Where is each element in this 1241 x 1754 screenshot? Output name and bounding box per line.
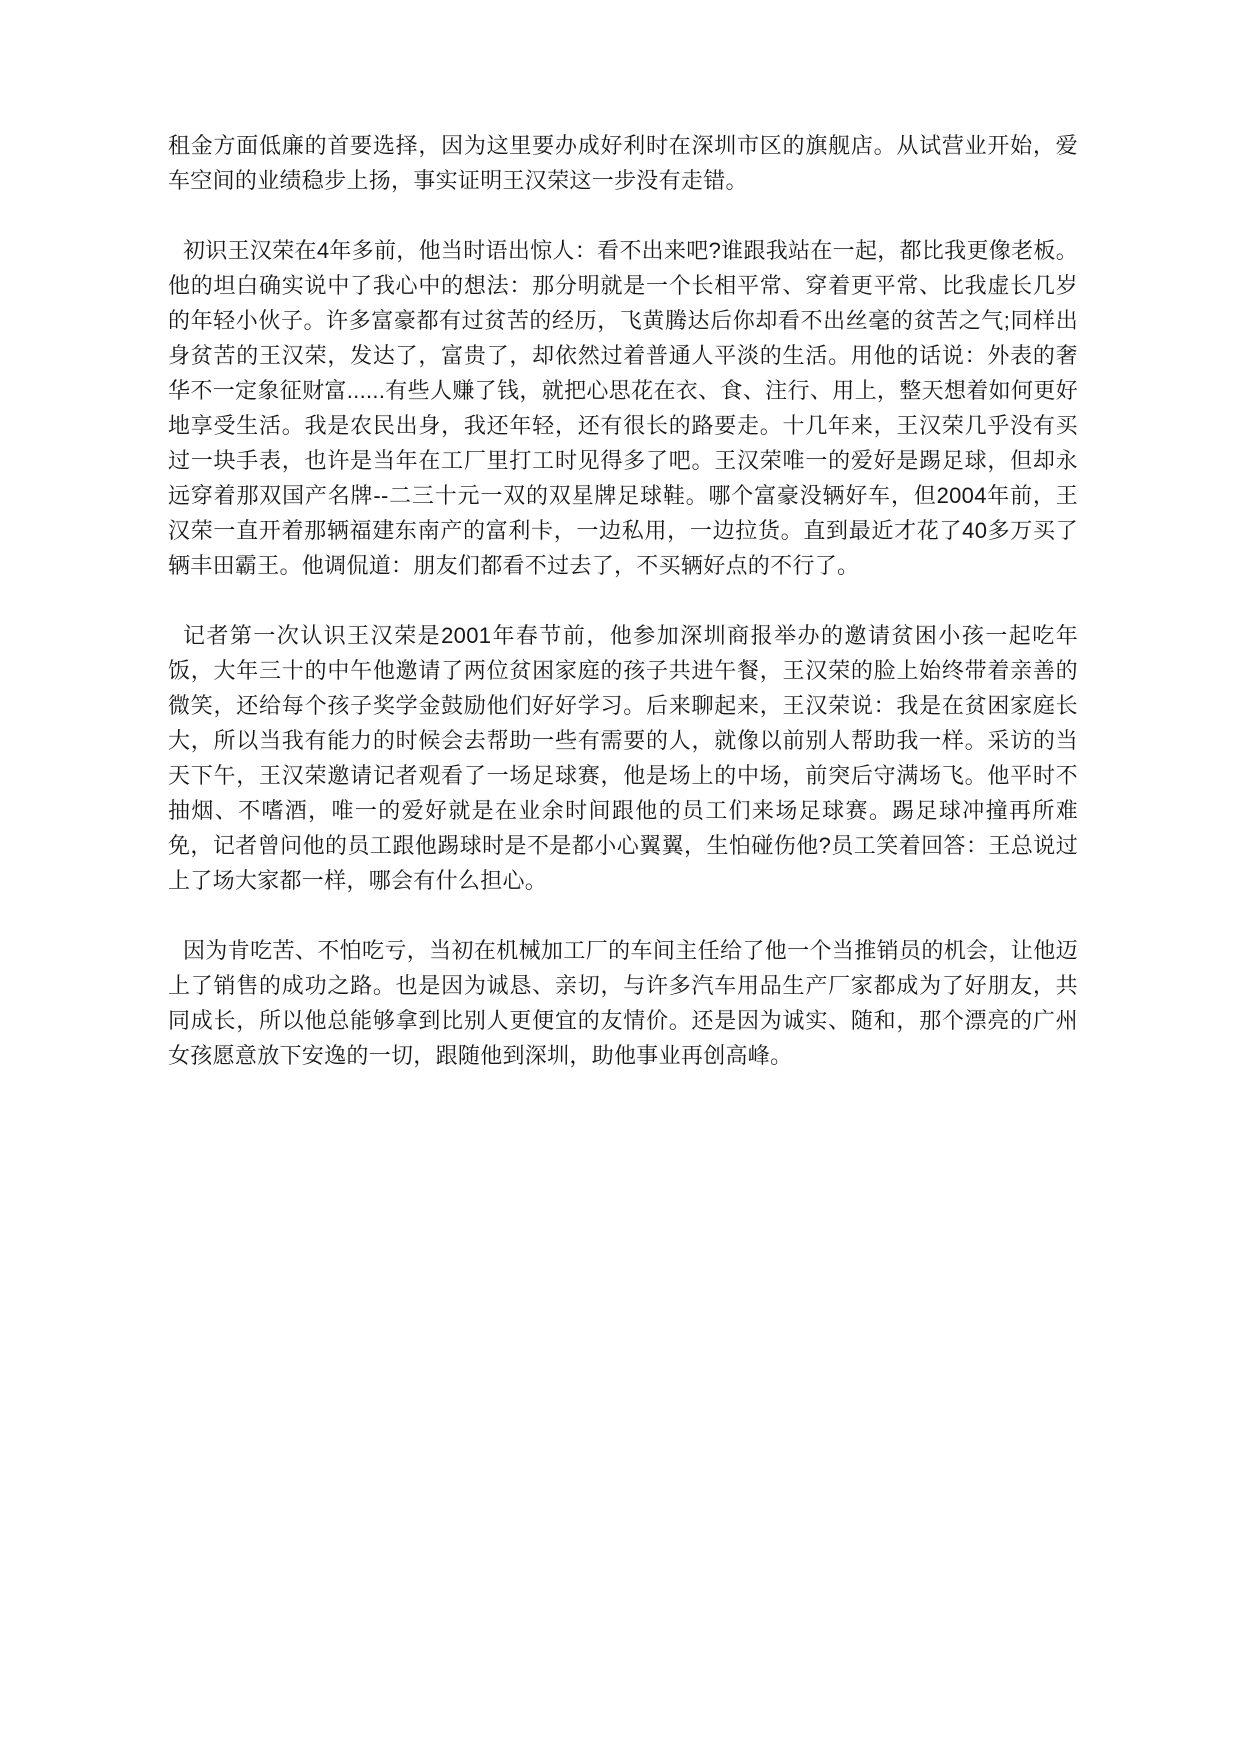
paragraph-reporter-2001: 记者第一次认识王汉荣是2001年春节前，他参加深圳商报举办的邀请贫困小孩一起吃年… (168, 618, 1078, 898)
document-page: 租金方面低廉的首要选择，因为这里要办成好利时在深圳市区的旗舰店。从试营业开始，爱… (168, 128, 1078, 1108)
document-viewport: { "page": { "background_color": "#ffffff… (0, 0, 1241, 1754)
paragraph-success-reasons: 因为肯吃苦、不怕吃亏，当初在机械加工厂的车间主任给了他一个当推销员的机会，让他迈… (168, 933, 1078, 1073)
paragraph-rent-location: 租金方面低廉的首要选择，因为这里要办成好利时在深圳市区的旗舰店。从试营业开始，爱… (168, 128, 1078, 198)
paragraph-first-meeting: 初识王汉荣在4年多前，他当时语出惊人：看不出来吧?谁跟我站在一起，都比我更像老板… (168, 233, 1078, 583)
